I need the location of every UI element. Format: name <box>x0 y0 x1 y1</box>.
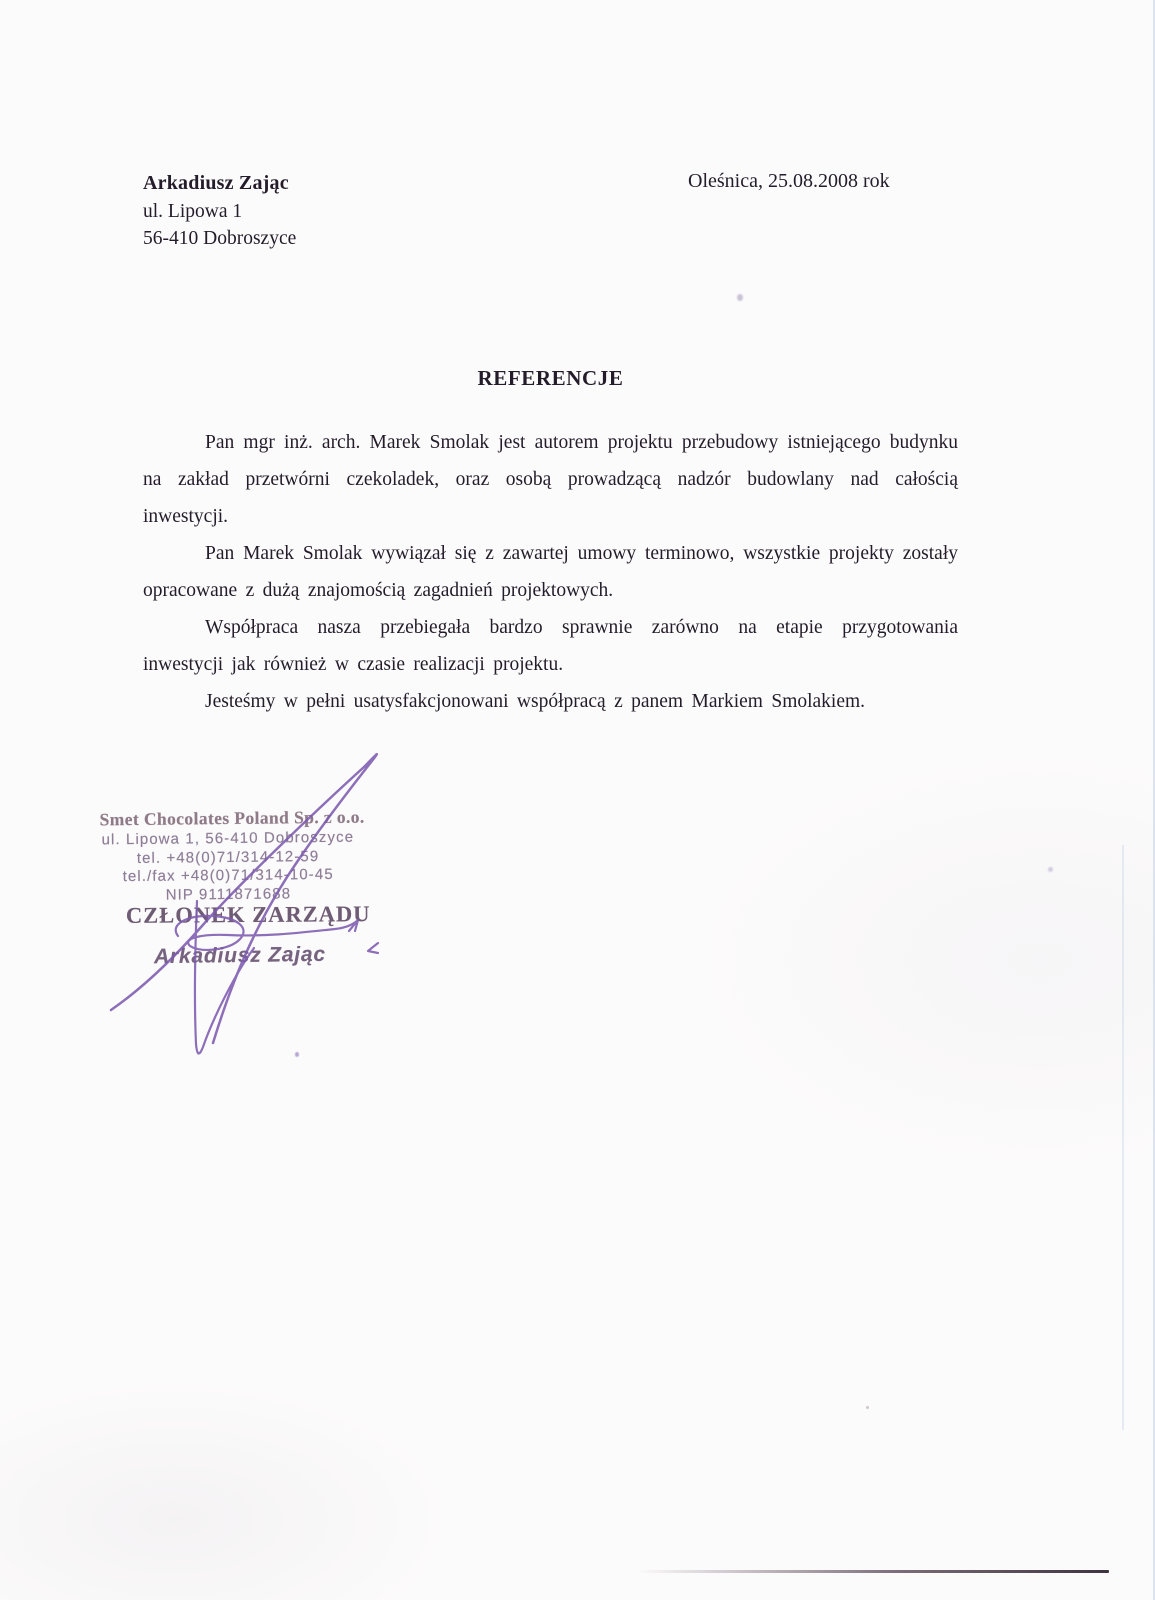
stamp-company-name: Smet Chocolates Poland Sp. z o.o. <box>100 807 356 831</box>
dateline: Oleśnica, 25.08.2008 rok <box>688 170 890 193</box>
letter-body: Pan mgr inż. arch. Marek Smolak jest aut… <box>143 424 958 720</box>
scan-edge-line-inner <box>1122 845 1124 1430</box>
scan-artifact-line <box>637 1570 1109 1573</box>
paragraph-4: Jesteśmy w pełni usatysfakcjonowani wspó… <box>143 683 958 720</box>
paragraph-1: Pan mgr inż. arch. Marek Smolak jest aut… <box>143 424 958 535</box>
scan-speck <box>737 294 743 301</box>
stamp-signer-name: Arkadiusz Zając <box>154 943 326 969</box>
stamp-telephone-fax: tel./fax +48(0)71/314-10-45 <box>100 866 356 887</box>
sender-block: Arkadiusz Zając ul. Lipowa 1 56-410 Dobr… <box>143 170 296 253</box>
scan-speck <box>866 1406 869 1409</box>
paragraph-3: Współpraca nasza przebiegała bardzo spra… <box>143 609 958 683</box>
scanned-letter-page: Arkadiusz Zając ul. Lipowa 1 56-410 Dobr… <box>0 0 1155 1600</box>
letter-title: REFERENCJE <box>143 366 958 391</box>
ink-dot <box>295 1052 299 1057</box>
scan-speck <box>1048 867 1053 872</box>
sender-street: ul. Lipowa 1 <box>143 198 296 226</box>
stamp-role-title: CZŁONEK ZARZĄDU <box>126 901 371 929</box>
stamp-address: ul. Lipowa 1, 56-410 Dobroszyce <box>100 829 356 850</box>
paragraph-2: Pan Marek Smolak wywiązał się z zawartej… <box>143 535 958 609</box>
company-stamp: Smet Chocolates Poland Sp. z o.o. ul. Li… <box>100 807 357 906</box>
sender-name: Arkadiusz Zając <box>143 170 296 198</box>
sender-city: 56-410 Dobroszyce <box>143 225 296 253</box>
